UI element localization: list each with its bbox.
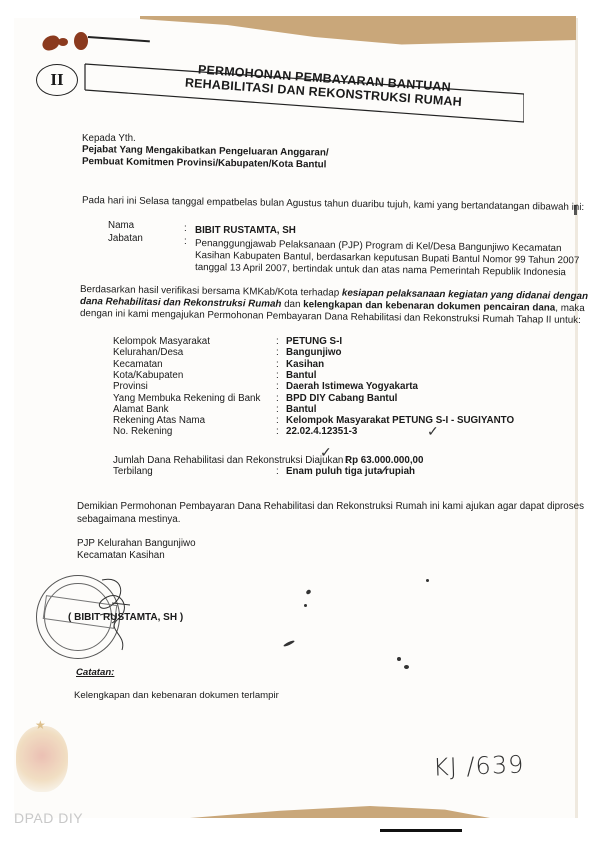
ink-speck	[426, 579, 429, 582]
signer-org-line-1: PJP Kelurahan Bangunjiwo	[77, 538, 196, 550]
detail-value: Bantul	[286, 370, 316, 381]
detail-row: Provinsi:Daerah Istimewa Yogyakarta	[113, 381, 418, 393]
signed-name: ( BIBIT RUSTAMTA, SH )	[68, 612, 183, 623]
page-edge	[575, 18, 578, 818]
signer-org-line-2: Kecamatan Kasihan	[77, 550, 165, 562]
detail-label: Kelurahan/Desa	[113, 347, 276, 359]
check-mark-icon: ✓	[427, 423, 439, 440]
ink-speck	[397, 657, 401, 661]
footer-bar	[380, 829, 462, 832]
closing-line-2: sebagaimana mestinya.	[77, 514, 180, 526]
detail-value: BPD DIY Cabang Bantul	[286, 393, 397, 404]
spelled-amount-value: Enam puluh tiga juta rupiah	[286, 466, 415, 477]
check-mark-icon: ✓	[378, 462, 390, 479]
colon: :	[276, 381, 286, 393]
section-number-badge: II	[36, 64, 78, 96]
colon: :	[184, 223, 187, 235]
detail-value: PETUNG S-I	[286, 336, 342, 347]
detail-row: Kelurahan/Desa:Bangunjiwo	[113, 347, 342, 359]
handwritten-code: KJ /639	[433, 750, 525, 781]
signer-name: BIBIT RUSTAMTA, SH	[195, 225, 296, 237]
spelled-amount-row: Terbilang:Enam puluh tiga juta rupiah	[113, 466, 415, 478]
position-label: Jabatan	[108, 233, 143, 245]
check-mark-icon: ✓	[320, 444, 332, 461]
detail-row: No. Rekening:22.02.4.12351-3	[113, 426, 357, 438]
colon: :	[276, 426, 286, 438]
detail-label: Provinsi	[113, 381, 276, 393]
detail-value: Bantul	[286, 404, 316, 415]
ink-speck	[404, 665, 409, 669]
detail-value: Kelompok Masyarakat PETUNG S-I - SUGIYAN…	[286, 415, 514, 426]
name-label: Nama	[108, 220, 134, 232]
detail-label: No. Rekening	[113, 426, 276, 438]
note-heading: Catatan:	[76, 667, 114, 678]
archive-watermark-text: DPAD DIY	[14, 810, 83, 826]
archive-emblem-watermark	[16, 726, 68, 792]
ink-stamp-mark	[38, 30, 98, 52]
colon: :	[184, 236, 187, 248]
detail-value: Bangunjiwo	[286, 347, 342, 358]
closing-line-1: Demikian Permohonan Pembayaran Dana Reha…	[77, 501, 584, 513]
note-text: Kelengkapan dan kebenaran dokumen terlam…	[74, 690, 279, 701]
detail-value: Kasihan	[286, 359, 324, 370]
detail-value: 22.02.4.12351-3	[286, 426, 357, 437]
detail-value: Daerah Istimewa Yogyakarta	[286, 381, 418, 392]
colon: :	[276, 347, 286, 359]
ink-speck	[304, 604, 307, 607]
